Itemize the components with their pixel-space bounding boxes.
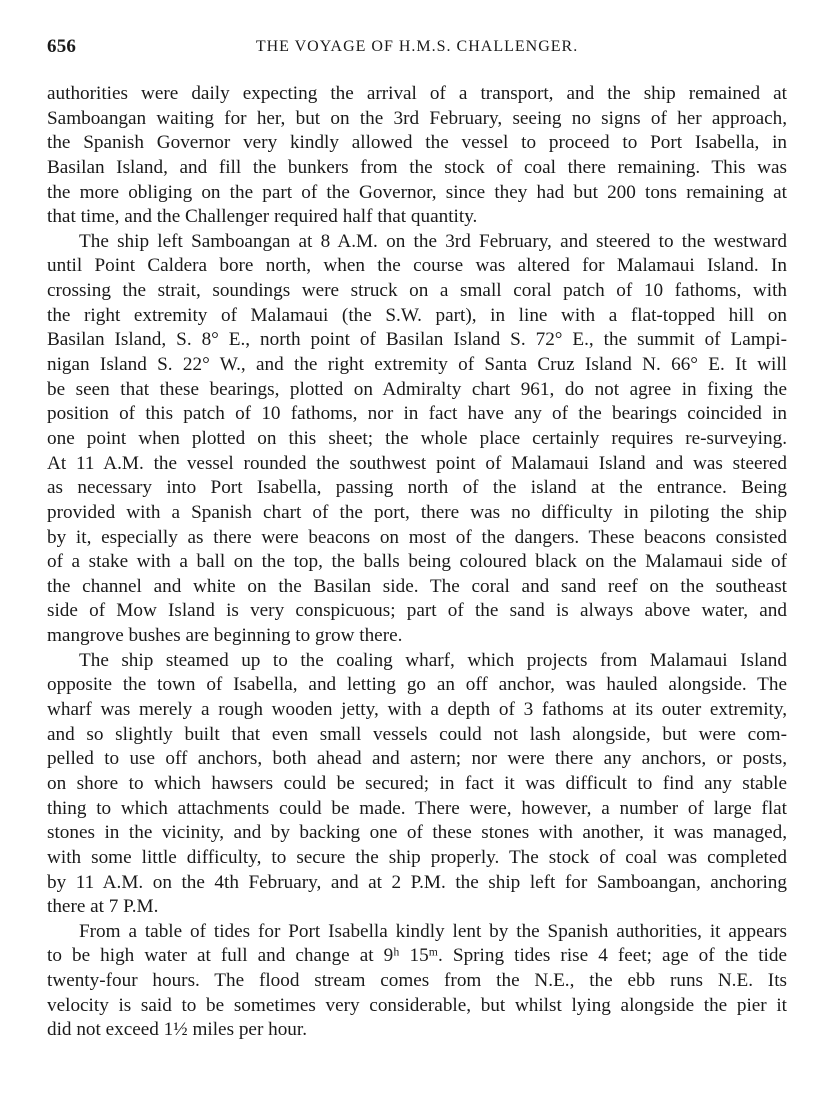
text-line: as necessary into Port Isabella, passing… — [47, 476, 787, 501]
text-line: velocity is said to be sometimes very co… — [47, 994, 787, 1019]
text-line: crossing the strait, soundings were stru… — [47, 279, 787, 304]
text-line: with some little difficulty, to secure t… — [47, 846, 787, 871]
text-line: side of Mow Island is very conspicuous; … — [47, 599, 787, 624]
text-line: At 11 A.M. the vessel rounded the southw… — [47, 452, 787, 477]
text-line: there at 7 P.M. — [47, 895, 787, 920]
text-line: the Spanish Governor very kindly allowed… — [47, 131, 787, 156]
text-line: authorities were daily expecting the arr… — [47, 82, 787, 107]
text-line: nigan Island S. 22° W., and the right ex… — [47, 353, 787, 378]
text-line: by 11 A.M. on the 4th February, and at 2… — [47, 871, 787, 896]
text-line: position of this patch of 10 fathoms, no… — [47, 402, 787, 427]
paragraph-2: The ship left Samboangan at 8 A.M. on th… — [47, 230, 787, 649]
running-title: THE VOYAGE OF H.M.S. CHALLENGER. — [47, 38, 787, 56]
text-line: Basilan Island, S. 8° E., north point of… — [47, 328, 787, 353]
text-line: the more obliging on the part of the Gov… — [47, 181, 787, 206]
text-line: Basilan Island, and fill the bunkers fro… — [47, 156, 787, 181]
text-line: opposite the town of Isabella, and letti… — [47, 673, 787, 698]
paragraph-1: authorities were daily expecting the arr… — [47, 82, 787, 230]
text-line: that time, and the Challenger required h… — [47, 205, 787, 230]
text-line: one point when plotted on this sheet; th… — [47, 427, 787, 452]
text-line: stones in the vicinity, and by backing o… — [47, 821, 787, 846]
text-line: to be high water at full and change at 9… — [47, 944, 787, 969]
running-head: 656 THE VOYAGE OF H.M.S. CHALLENGER. — [47, 36, 787, 60]
text-line: wharf was merely a rough wooden jetty, w… — [47, 698, 787, 723]
text-line: twenty-four hours. The flood stream come… — [47, 969, 787, 994]
text-line: the channel and white on the Basilan sid… — [47, 575, 787, 600]
text-line: until Point Caldera bore north, when the… — [47, 254, 787, 279]
text-line: be seen that these bearings, plotted on … — [47, 378, 787, 403]
paragraph-3: The ship steamed up to the coaling wharf… — [47, 649, 787, 920]
text-line: on shore to which hawsers could be secur… — [47, 772, 787, 797]
body-text: authorities were daily expecting the arr… — [47, 82, 787, 1043]
text-line: The ship steamed up to the coaling wharf… — [47, 649, 787, 674]
text-line: the right extremity of Malamaui (the S.W… — [47, 304, 787, 329]
paragraph-4: From a table of tides for Port Isabella … — [47, 920, 787, 1043]
text-line: of a stake with a ball on the top, the b… — [47, 550, 787, 575]
text-line: and so slightly built that even small ve… — [47, 723, 787, 748]
text-line: provided with a Spanish chart of the por… — [47, 501, 787, 526]
text-line: mangrove bushes are beginning to grow th… — [47, 624, 787, 649]
text-line: Samboangan waiting for her, but on the 3… — [47, 107, 787, 132]
text-line: pelled to use off anchors, both ahead an… — [47, 747, 787, 772]
text-line: From a table of tides for Port Isabella … — [47, 920, 787, 945]
text-line: by it, especially as there were beacons … — [47, 526, 787, 551]
text-line: The ship left Samboangan at 8 A.M. on th… — [47, 230, 787, 255]
text-line: thing to which attachments could be made… — [47, 797, 787, 822]
text-line: did not exceed 1½ miles per hour. — [47, 1018, 787, 1043]
